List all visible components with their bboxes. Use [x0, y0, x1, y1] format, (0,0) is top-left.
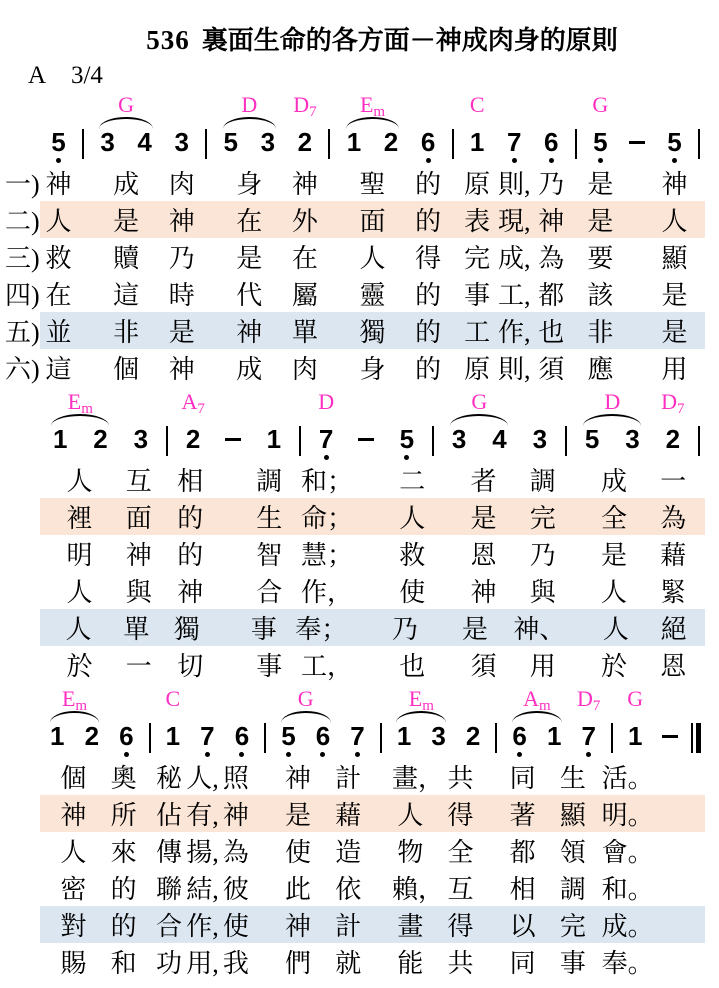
lyric-cell: 該: [582, 275, 619, 312]
lyric-cell: 著: [489, 795, 556, 832]
lyric-cell: 的: [410, 312, 447, 349]
chord-root: A: [523, 686, 539, 711]
lyric-cell: 則,: [496, 349, 533, 386]
lyric-bar-gap: [693, 609, 705, 646]
lyric-cell: 生: [556, 758, 589, 795]
chord-root: G: [627, 686, 643, 711]
lyric-cell: 調: [523, 461, 563, 498]
note-stack: 3: [89, 129, 126, 164]
lyric-cell: 單: [117, 609, 156, 646]
lyric-cells: 裡面的生命；人是完全為: [40, 498, 705, 535]
lyric-cell: 原: [459, 164, 496, 201]
system-3: Em126C176G567Em132Am61D77G1個奧秘人,照神計畫，共同生…: [0, 687, 719, 980]
lyric-cell: 明: [40, 535, 119, 572]
lyric-cell: 人: [40, 832, 107, 869]
note-token: C1: [156, 687, 191, 758]
note-number: 1: [397, 723, 411, 750]
lyric-bar-gap: [159, 535, 171, 572]
arc-spacer: [570, 118, 582, 129]
barline-token: [693, 390, 705, 461]
note-number-row: 4: [126, 129, 163, 156]
lyric-empty-cell: [210, 498, 250, 535]
octave-dot-row: [186, 453, 200, 461]
barline-token: [161, 390, 173, 461]
lyric-empty-cell: [619, 275, 656, 312]
note-number-row: 2: [80, 426, 120, 453]
note-number: 6: [119, 723, 133, 750]
note-stack: 6: [306, 723, 341, 758]
note-number-row: 2: [75, 723, 110, 750]
lyric-bar-gap: [477, 943, 489, 980]
lyric-row: 四)在這時代屬靈的事工,都該是: [0, 275, 719, 312]
note-token: 6: [533, 93, 570, 164]
lyric-cell: 的: [171, 535, 211, 572]
lyric-cell: 成。: [602, 906, 654, 943]
verse-marker: [0, 646, 40, 683]
note-number: 4: [492, 426, 506, 453]
note-number: 2: [93, 426, 107, 453]
lyric-syllable: 密: [55, 869, 92, 906]
chord-label: D7: [661, 390, 684, 415]
lyric-cell: 也: [533, 312, 570, 349]
lyric-cell: 恩: [654, 646, 694, 683]
note-number-row: 5: [593, 129, 607, 156]
lyric-empty-cell: [353, 498, 393, 535]
lyric-cell: 神: [171, 572, 211, 609]
lyric-cell: 身: [335, 349, 409, 386]
note-number: 2: [186, 426, 200, 453]
lyric-cell: 面: [335, 201, 409, 238]
note-number-row: 1: [387, 723, 422, 750]
chord-root: D: [577, 686, 593, 711]
lyric-bar-gap: [432, 572, 444, 609]
lyric-bar-gap: [253, 906, 265, 943]
lyric-cell: 都: [533, 275, 570, 312]
lyric-empty-cell: [619, 164, 656, 201]
lyric-bar-gap: [432, 535, 444, 572]
lyric-bar-gap: [693, 535, 705, 572]
note-stack: 2: [298, 129, 312, 164]
note-token: 3: [520, 390, 560, 461]
note-token: D77: [571, 687, 606, 758]
note-number-row: 1: [628, 723, 642, 750]
arc-spacer: [606, 712, 618, 723]
lyric-empty-cell: [210, 535, 250, 572]
octave-dot-row: [319, 453, 333, 461]
arc-spacer: [687, 712, 705, 723]
lyric-cell: 切: [171, 646, 211, 683]
lyric-syllable: 這: [106, 275, 147, 312]
lyric-syllable: 是: [280, 795, 317, 832]
note-number-row: 4: [479, 426, 519, 453]
octave-dot-row: [439, 453, 479, 461]
lyric-cell: 個: [40, 758, 107, 795]
notation-staff: Em123A721D75G343D53D72: [0, 390, 719, 461]
note-number: 1: [267, 426, 281, 453]
octave-dot-row: [593, 156, 607, 164]
lyric-empty-cell: [353, 535, 393, 572]
note-stack: 4: [479, 426, 519, 461]
lyric-cell: 屬: [286, 275, 323, 312]
lyric-cell: 肉: [163, 164, 200, 201]
lyric-cell: 結,: [186, 869, 219, 906]
note-number: 3: [261, 129, 275, 156]
lyric-cell: 人,: [186, 758, 219, 795]
lyric-cells: 於一切事工，也須用於恩: [40, 646, 705, 683]
lyric-row: 一)神成肉身神聖的原則,乃是神: [0, 164, 719, 201]
lyric-bar-gap: [590, 832, 602, 869]
lyric-empty-cell: [353, 572, 393, 609]
note-number-row: 1: [470, 129, 484, 156]
lyric-cell: 人: [335, 238, 409, 275]
note-stack: 5: [572, 426, 612, 461]
octave-dot-row: [267, 453, 281, 461]
lyric-cell: 是: [582, 164, 619, 201]
lyric-bar-gap: [283, 609, 295, 646]
barline: [432, 426, 434, 456]
lyric-row: 個奧秘人,照神計畫，共同生活。: [0, 758, 719, 795]
lyric-empty-cell: [619, 349, 656, 386]
note-number: 3: [431, 723, 445, 750]
barline: [264, 723, 266, 753]
lyric-syllable: 是: [106, 201, 147, 238]
lyric-syllable: 獨: [352, 312, 393, 349]
barline-token: [323, 93, 335, 164]
note-number-row: 5: [400, 426, 414, 453]
duration-dash: [662, 735, 678, 738]
octave-dot-row: [249, 156, 286, 164]
lyric-syllable: 聖: [352, 164, 393, 201]
octave-dot-row: [212, 156, 249, 164]
lyric-cell: 顯: [556, 795, 589, 832]
barline: [380, 723, 382, 753]
key-letter: A: [28, 62, 45, 89]
note-number: 6: [421, 129, 435, 156]
octave-dot-row: [466, 750, 480, 758]
note-stack: 5: [271, 723, 306, 758]
note-number: 1: [628, 723, 642, 750]
note-number: 3: [452, 426, 466, 453]
lyric-end-gap: [687, 906, 705, 943]
note-stack: 1: [166, 723, 180, 758]
lyric-syllable: 人: [392, 795, 429, 832]
lyric-cell: 神: [265, 758, 332, 795]
lyric-cells: 並非是神單獨的工作,也非是: [40, 312, 705, 349]
note-token: 5: [40, 93, 77, 164]
lyric-cell: 傳: [152, 832, 185, 869]
lyric-syllable: 人: [58, 461, 101, 498]
dash-token: [213, 390, 253, 461]
note-number: 7: [319, 426, 333, 453]
note-stack: 3: [174, 129, 188, 164]
lyric-bar-gap: [253, 758, 265, 795]
slur-note-pair: 53: [572, 426, 653, 461]
lyric-cell: 成: [575, 461, 654, 498]
system-2: Em123A721D75G343D53D72人互相調和；二者調成一裡面的生命；人…: [0, 390, 719, 683]
time-signature: 3/4: [71, 62, 103, 89]
lyric-empty-cell: [654, 906, 687, 943]
note-stack: 5: [51, 129, 65, 164]
slur-note-pair: 13: [387, 723, 456, 758]
slur-group: D53: [212, 93, 286, 164]
octave-dot-row: [666, 453, 680, 461]
lyric-bar-gap: [289, 646, 301, 683]
arc-spacer: [427, 415, 439, 426]
lyric-cell: 是: [656, 275, 693, 312]
note-stack: 1: [470, 129, 484, 164]
lyric-bar-gap: [140, 795, 152, 832]
lyric-end-gap: [687, 758, 705, 795]
octave-dot-row: [75, 750, 110, 758]
lyric-cell: 代: [212, 275, 286, 312]
arc-spacer: [200, 118, 212, 129]
lyric-cell: 來: [107, 832, 140, 869]
barline-token: [294, 390, 306, 461]
lyric-bar-gap: [140, 869, 152, 906]
lyric-empty-cell: [654, 758, 687, 795]
lyric-cell: 使: [219, 906, 252, 943]
note-number-row: 5: [51, 129, 65, 156]
octave-dot-row: [51, 156, 65, 164]
lyric-cell: 人: [40, 461, 119, 498]
low-octave-dot: [549, 158, 554, 163]
octave-dot-row: [134, 453, 148, 461]
lyric-bar-gap: [365, 832, 377, 869]
lyric-row: 密的聯結,彼此依賴，互相調和。: [0, 869, 719, 906]
lyric-cell: 乃: [163, 238, 200, 275]
lyric-cell: 藉: [654, 535, 694, 572]
lyric-cell: 現,: [496, 201, 533, 238]
lyric-bar-gap: [693, 275, 705, 312]
lyric-bar-gap: [590, 758, 602, 795]
lyric-cells: 密的聯結,彼此依賴，互相調和。: [40, 869, 705, 906]
octave-dot-row: [628, 750, 642, 758]
lyric-cell: 神: [212, 312, 286, 349]
arc-spacer: [144, 712, 156, 723]
chord-label: Em: [62, 687, 87, 712]
octave-dot-row: [581, 750, 595, 758]
lyric-bar-gap: [447, 312, 459, 349]
note-number: 5: [281, 723, 295, 750]
lyric-bar-gap: [424, 609, 436, 646]
note-number: 7: [200, 723, 214, 750]
lyric-cell: 是: [265, 795, 332, 832]
note-number-row: 6: [544, 129, 558, 156]
octave-dot-row: [544, 156, 558, 164]
chord-root: G: [592, 92, 608, 117]
note-stack: 3: [249, 129, 286, 164]
note-stack: 6: [235, 723, 249, 758]
verse-marker: [0, 943, 40, 980]
arc-spacer: [77, 118, 89, 129]
note-stack: 7: [507, 129, 521, 164]
lyric-cell: 命；: [301, 498, 353, 535]
lyric-cell: 和；: [301, 461, 353, 498]
note-number-row: 1: [40, 723, 75, 750]
lyric-cell: 表: [459, 201, 496, 238]
lyric-cell: 須: [444, 646, 523, 683]
lyric-bar-gap: [323, 238, 335, 275]
slur-note-pair: 34: [439, 426, 520, 461]
chord-label: Em: [360, 93, 385, 118]
lyric-syllable: 人: [595, 609, 637, 646]
lyric-empty-cell: [353, 461, 393, 498]
lyric-bar-gap: [323, 312, 335, 349]
lyric-syllable: 身: [229, 164, 270, 201]
chord-label: D: [604, 390, 620, 415]
lyric-bar-gap: [289, 461, 301, 498]
note-number: 2: [298, 129, 312, 156]
lyric-cells: 賜和功用,我們就能共同事奉。: [40, 943, 705, 980]
lyric-bar-gap: [77, 312, 89, 349]
arc-spacer: [375, 712, 387, 723]
slur-note-pair: 12: [40, 426, 121, 461]
lyric-bar-gap: [323, 201, 335, 238]
arc-spacer: [346, 415, 386, 426]
lyric-cell: 單: [286, 312, 323, 349]
lyric-empty-cell: [654, 869, 687, 906]
lyric-bar-gap: [693, 164, 705, 201]
verse-marker: [0, 461, 40, 498]
lyric-row: 賜和功用,我們就能共同事奉。: [0, 943, 719, 980]
lyric-cell: 事: [250, 646, 290, 683]
lyric-bar-gap: [477, 869, 489, 906]
verse-marker: [0, 869, 40, 906]
lyric-bar-gap: [447, 201, 459, 238]
lyric-bar-gap: [159, 572, 171, 609]
note-number: 1: [166, 723, 180, 750]
chord-label: D: [318, 390, 334, 415]
lyric-cell: 成: [212, 349, 286, 386]
note-number-row: 2: [466, 723, 480, 750]
low-octave-dot: [286, 752, 291, 757]
chord-label: A7: [181, 390, 204, 415]
note-stack: 1: [40, 426, 80, 461]
octave-dot-row: [335, 156, 372, 164]
lyric-cell: 於: [575, 646, 654, 683]
lyric-cell: 二: [393, 461, 433, 498]
final-bar-thick: [696, 723, 701, 753]
note-token: 6: [410, 93, 447, 164]
lyric-bar-gap: [365, 869, 377, 906]
note-token: D72: [286, 93, 323, 164]
lyric-cell: 此: [265, 869, 332, 906]
note-number-row: 3: [249, 129, 286, 156]
note-stack: 6: [544, 129, 558, 164]
lyric-bar-gap: [447, 238, 459, 275]
slur-note-pair: 61: [502, 723, 571, 758]
lyric-cells: 神所佔有,神是藉人得著顯明。: [40, 795, 705, 832]
note-number-row: 6: [235, 723, 249, 750]
lyric-bar-gap: [156, 609, 168, 646]
lyric-syllable: 恩: [462, 535, 505, 572]
lyric-cell: 人: [575, 572, 654, 609]
lyric-syllable: 畫，: [392, 758, 429, 795]
lyric-cell: 靈: [335, 275, 409, 312]
lyric-cell: 事: [245, 609, 284, 646]
note-number: 1: [347, 129, 361, 156]
lyric-cells: 人互相調和；二者調成一: [40, 461, 705, 498]
lyric-cell: 並: [40, 312, 77, 349]
octave-dot-row: [470, 156, 484, 164]
verse-marker: [0, 795, 40, 832]
lyric-syllable: 神: [55, 795, 92, 832]
octave-dot-row: [126, 156, 163, 164]
lyric-cell: 神: [444, 572, 523, 609]
note-token: 3: [163, 93, 200, 164]
lyric-bar-gap: [323, 349, 335, 386]
note-number: 7: [581, 723, 595, 750]
lyric-cell: 外: [286, 201, 323, 238]
lyric-syllable: 此: [280, 869, 317, 906]
slur-note-pair: 56: [271, 723, 340, 758]
barline-token: [200, 93, 212, 164]
lyric-bar-gap: [77, 238, 89, 275]
lyric-cell: 所: [107, 795, 140, 832]
chord-root: D: [241, 92, 257, 117]
low-octave-dot: [320, 752, 325, 757]
lyric-syllable: 身: [352, 349, 393, 386]
lyric-end-gap: [687, 943, 705, 980]
dash-row: [213, 426, 253, 453]
note-stack: 3: [533, 426, 547, 461]
lyric-cell: 神: [40, 795, 107, 832]
note-number-row: 3: [439, 426, 479, 453]
lyric-cell: 成: [89, 164, 163, 201]
note-token: 2: [456, 687, 491, 758]
lyric-cell: 緊: [654, 572, 694, 609]
lyric-cell: 的: [107, 869, 140, 906]
barline: [698, 129, 700, 159]
lyric-cell: 功: [152, 943, 185, 980]
note-number: 3: [134, 426, 148, 453]
note-stack: 7: [319, 426, 333, 461]
barline: [205, 129, 207, 159]
lyric-cell: 一: [119, 646, 159, 683]
lyric-cell: 賜: [40, 943, 107, 980]
lyric-end-gap: [687, 795, 705, 832]
lyric-bar-gap: [159, 498, 171, 535]
low-octave-dot: [512, 158, 517, 163]
note-number-row: 5: [212, 129, 249, 156]
lyric-syllable: 非: [106, 312, 147, 349]
note-number-row: 7: [319, 426, 333, 453]
note-number: 5: [593, 129, 607, 156]
lyric-cell: 活。: [602, 758, 654, 795]
lyric-syllable: 於: [592, 646, 635, 683]
lyric-syllable: 是: [592, 535, 635, 572]
lyric-cell: 的: [107, 906, 140, 943]
lyric-cell: 工，: [301, 646, 353, 683]
lyric-cell: 為: [654, 498, 694, 535]
lyric-cell: 乃: [533, 164, 570, 201]
slur-group: Em12: [40, 687, 109, 758]
lyric-cell: 人: [377, 795, 444, 832]
note-token: 5: [656, 93, 693, 164]
lyric-bar-gap: [563, 461, 575, 498]
note-stack: 7: [200, 723, 214, 758]
lyric-cell: 合: [250, 572, 290, 609]
lyric-bar-gap: [693, 461, 705, 498]
octave-dot-row: [271, 750, 306, 758]
note-number: 2: [466, 723, 480, 750]
note-stack: 2: [75, 723, 110, 758]
barline: [495, 723, 497, 753]
lyric-bar-gap: [159, 646, 171, 683]
lyric-empty-cell: [347, 609, 386, 646]
lyrics-block: 人互相調和；二者調成一裡面的生命；人是完全為明神的智慧；救恩乃是藉人與神合作，使…: [0, 461, 719, 683]
lyric-row: 對的合作,使神計畫得以完成。: [0, 906, 719, 943]
